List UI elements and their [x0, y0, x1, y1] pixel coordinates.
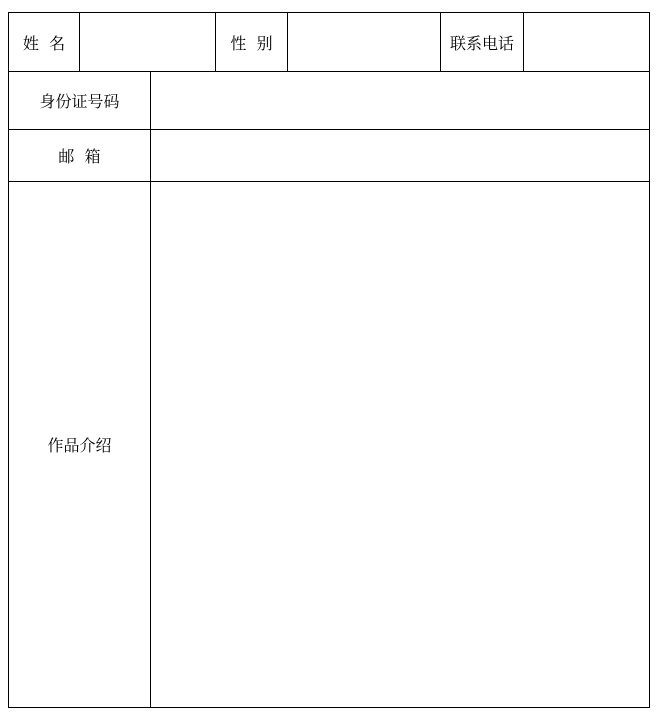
name-label: 姓 名	[9, 13, 79, 71]
id-number-field[interactable]	[151, 72, 649, 129]
email-label: 邮 箱	[9, 130, 150, 181]
gender-field[interactable]	[288, 13, 440, 71]
gender-label: 性 别	[216, 13, 287, 71]
phone-label: 联系电话	[441, 13, 523, 71]
email-field[interactable]	[151, 130, 649, 181]
work-intro-label: 作品介绍	[9, 182, 150, 707]
work-intro-field[interactable]	[151, 182, 649, 707]
border-right	[649, 12, 650, 708]
name-field[interactable]	[80, 13, 215, 71]
border-bottom	[8, 707, 650, 708]
phone-field[interactable]	[524, 13, 649, 71]
id-number-label: 身份证号码	[9, 72, 150, 129]
